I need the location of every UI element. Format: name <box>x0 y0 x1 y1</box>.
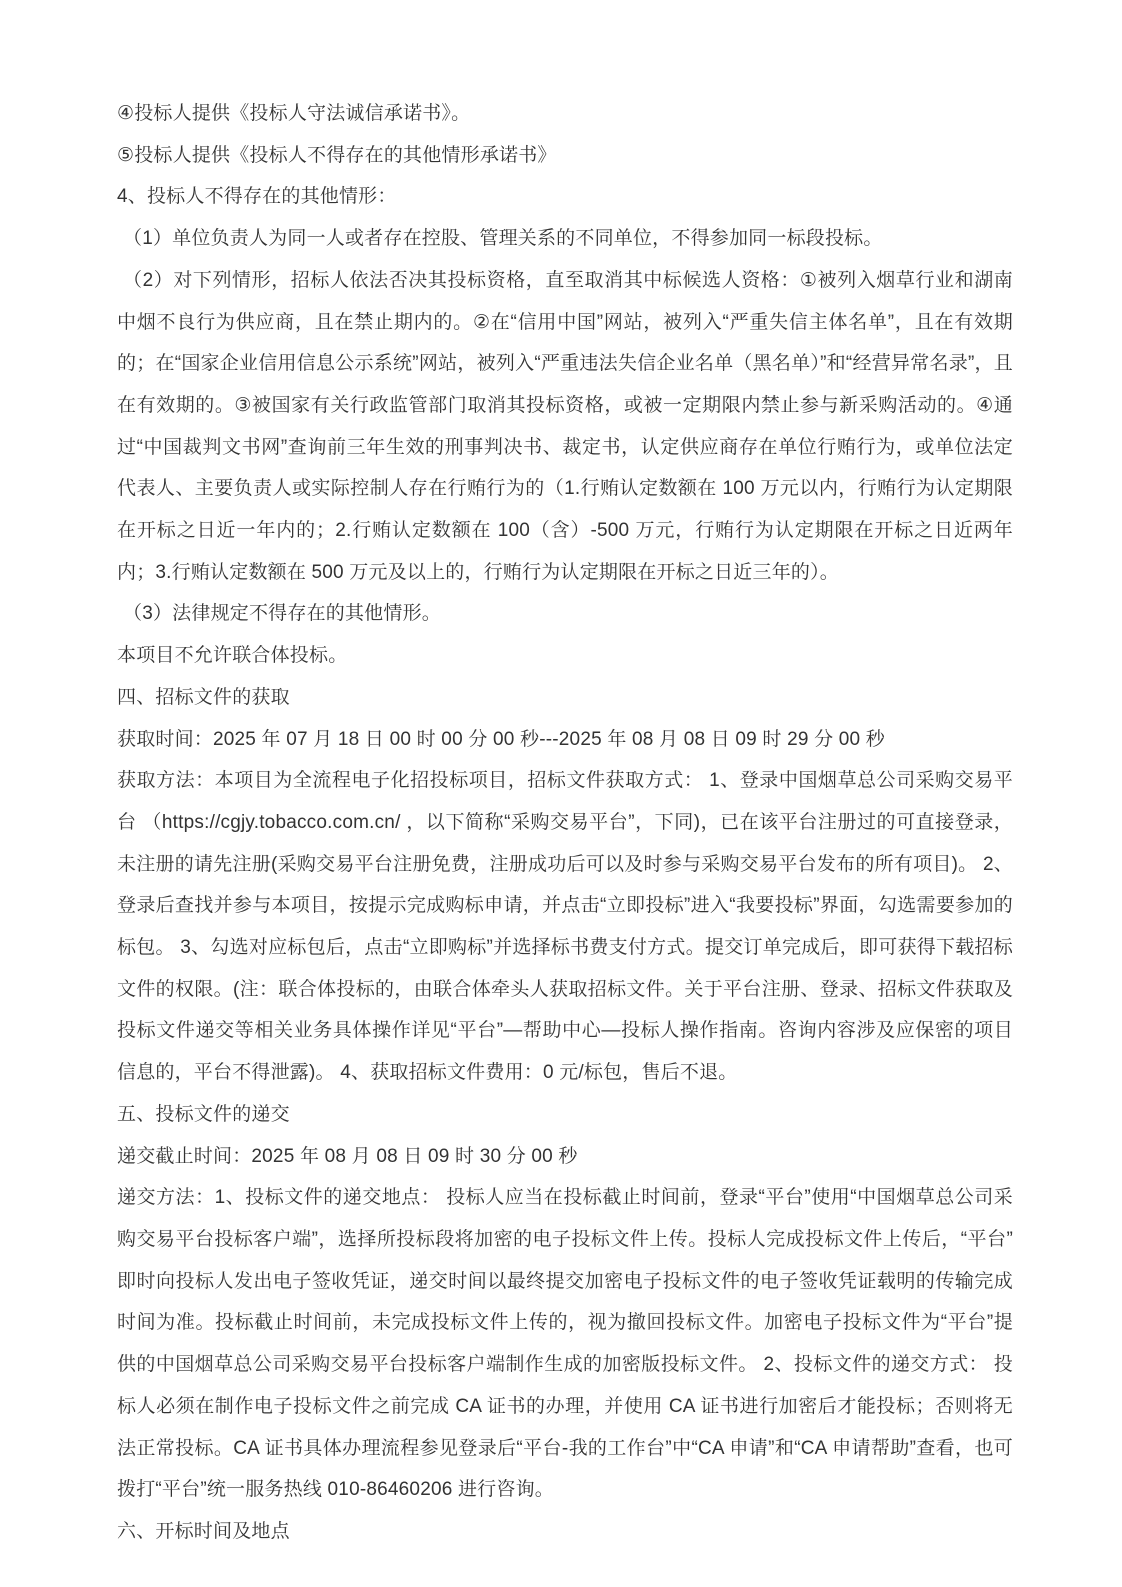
clause-4-heading: 4、投标人不得存在的其他情形： <box>117 176 1013 218</box>
submission-deadline-line: 递交截止时间：2025 年 08 月 08 日 09 时 30 分 00 秒 <box>117 1136 1013 1178</box>
section-6-heading-bid-opening: 六、开标时间及地点 <box>117 1511 1013 1553</box>
obtain-time-line: 获取时间：2025 年 07 月 18 日 00 时 00 分 00 秒---2… <box>117 719 1013 761</box>
clause-4-item-3: （3）法律规定不得存在的其他情形。 <box>117 593 1013 635</box>
section-5-heading-bid-submission: 五、投标文件的递交 <box>117 1094 1013 1136</box>
no-consortium-note: 本项目不允许联合体投标。 <box>117 635 1013 677</box>
obtain-method-paragraph: 获取方法：本项目为全流程电子化招投标项目，招标文件获取方式： 1、登录中国烟草总… <box>117 760 1013 1094</box>
clause-item-circled-4: ④投标人提供《投标人守法诚信承诺书》。 <box>117 93 1013 135</box>
submission-method-paragraph: 递交方法：1、投标文件的递交地点： 投标人应当在投标截止时间前，登录“平台”使用… <box>117 1177 1013 1511</box>
section-4-heading-document-obtain: 四、招标文件的获取 <box>117 677 1013 719</box>
clause-4-item-2: （2）对下列情形，招标人依法否决其投标资格，直至取消其中标候选人资格：①被列入烟… <box>117 260 1013 594</box>
document-page: ④投标人提供《投标人守法诚信承诺书》。 ⑤投标人提供《投标人不得存在的其他情形承… <box>0 0 1122 1587</box>
clause-item-circled-5: ⑤投标人提供《投标人不得存在的其他情形承诺书》 <box>117 135 1013 177</box>
clause-4-item-1: （1）单位负责人为同一人或者存在控股、管理关系的不同单位，不得参加同一标段投标。 <box>117 218 1013 260</box>
